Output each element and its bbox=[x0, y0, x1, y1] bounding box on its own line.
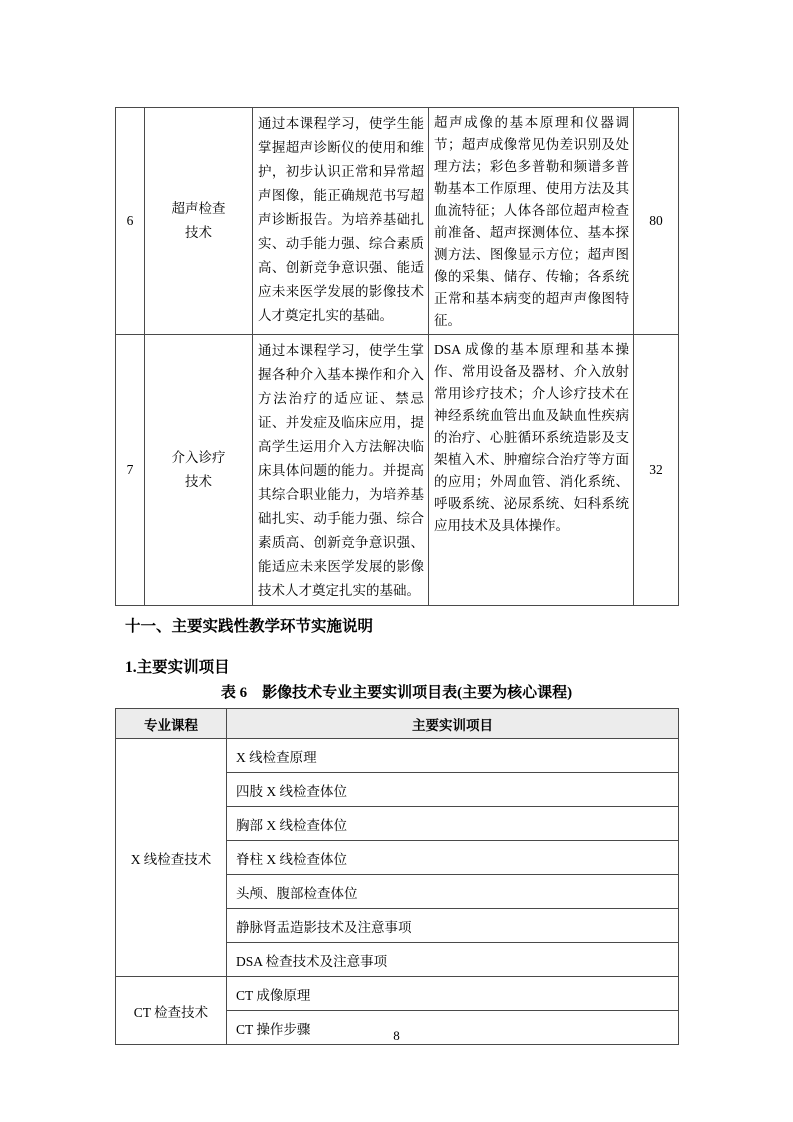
table-caption: 表 6 影像技术专业主要实训项目表(主要为核心课程) bbox=[115, 684, 678, 703]
course-row-7: 7 介入诊疗技术 通过本课程学习，使学生掌握各种介入基本操作和介入方法治疗的适应… bbox=[116, 335, 679, 606]
course-objective: 通过本课程学习，使学生能掌握超声诊断仪的使用和维护，初步认识正常和异常超声图像，… bbox=[253, 108, 429, 335]
page-number: 8 bbox=[0, 1028, 793, 1044]
training-project: 静脉肾盂造影技术及注意事项 bbox=[227, 909, 679, 943]
course-content: DSA 成像的基本原理和基本操作、常用设备及器材、介入放射常用诊疗技术；介人诊疗… bbox=[429, 335, 634, 606]
table-row: CT 检查技术 CT 成像原理 bbox=[116, 977, 679, 1011]
training-project: X 线检查原理 bbox=[227, 739, 679, 773]
course-row-6: 6 超声检查技术 通过本课程学习，使学生能掌握超声诊断仪的使用和维护，初步认识正… bbox=[116, 108, 679, 335]
course-name-text: 超声检查技术 bbox=[171, 197, 227, 245]
training-course-xray: X 线检查技术 bbox=[116, 739, 227, 977]
training-project: CT 成像原理 bbox=[227, 977, 679, 1011]
table-row: X 线检查技术 X 线检查原理 bbox=[116, 739, 679, 773]
page-content: 6 超声检查技术 通过本课程学习，使学生能掌握超声诊断仪的使用和维护，初步认识正… bbox=[115, 0, 678, 1045]
training-project: 胸部 X 线检查体位 bbox=[227, 807, 679, 841]
course-objective: 通过本课程学习，使学生掌握各种介入基本操作和介入方法治疗的适应证、禁忌证、并发症… bbox=[253, 335, 429, 606]
training-project: 四肢 X 线检查体位 bbox=[227, 773, 679, 807]
course-number: 7 bbox=[116, 335, 145, 606]
course-number: 6 bbox=[116, 108, 145, 335]
training-project: 脊柱 X 线检查体位 bbox=[227, 841, 679, 875]
course-name: 超声检查技术 bbox=[145, 108, 253, 335]
course-hours: 80 bbox=[634, 108, 679, 335]
header-projects-column: 主要实训项目 bbox=[227, 709, 679, 739]
document-page: 6 超声检查技术 通过本课程学习，使学生能掌握超声诊断仪的使用和维护，初步认识正… bbox=[0, 0, 793, 1122]
training-projects-table: 专业课程 主要实训项目 X 线检查技术 X 线检查原理 四肢 X 线检查体位 胸… bbox=[115, 708, 679, 1045]
training-table-header: 专业课程 主要实训项目 bbox=[116, 709, 679, 739]
course-description-table: 6 超声检查技术 通过本课程学习，使学生能掌握超声诊断仪的使用和维护，初步认识正… bbox=[115, 107, 679, 606]
training-project: 头颅、腹部检查体位 bbox=[227, 875, 679, 909]
course-name-text: 介入诊疗技术 bbox=[171, 446, 227, 494]
section-heading: 十一、主要实践性教学环节实施说明 bbox=[125, 617, 678, 636]
subsection-heading: 1.主要实训项目 bbox=[125, 658, 678, 677]
training-project: DSA 检查技术及注意事项 bbox=[227, 943, 679, 977]
course-name: 介入诊疗技术 bbox=[145, 335, 253, 606]
course-content: 超声成像的基本原理和仪器调节；超声成像常见伪差识别及处理方法；彩色多普勒和频谱多… bbox=[429, 108, 634, 335]
header-course-column: 专业课程 bbox=[116, 709, 227, 739]
course-hours: 32 bbox=[634, 335, 679, 606]
